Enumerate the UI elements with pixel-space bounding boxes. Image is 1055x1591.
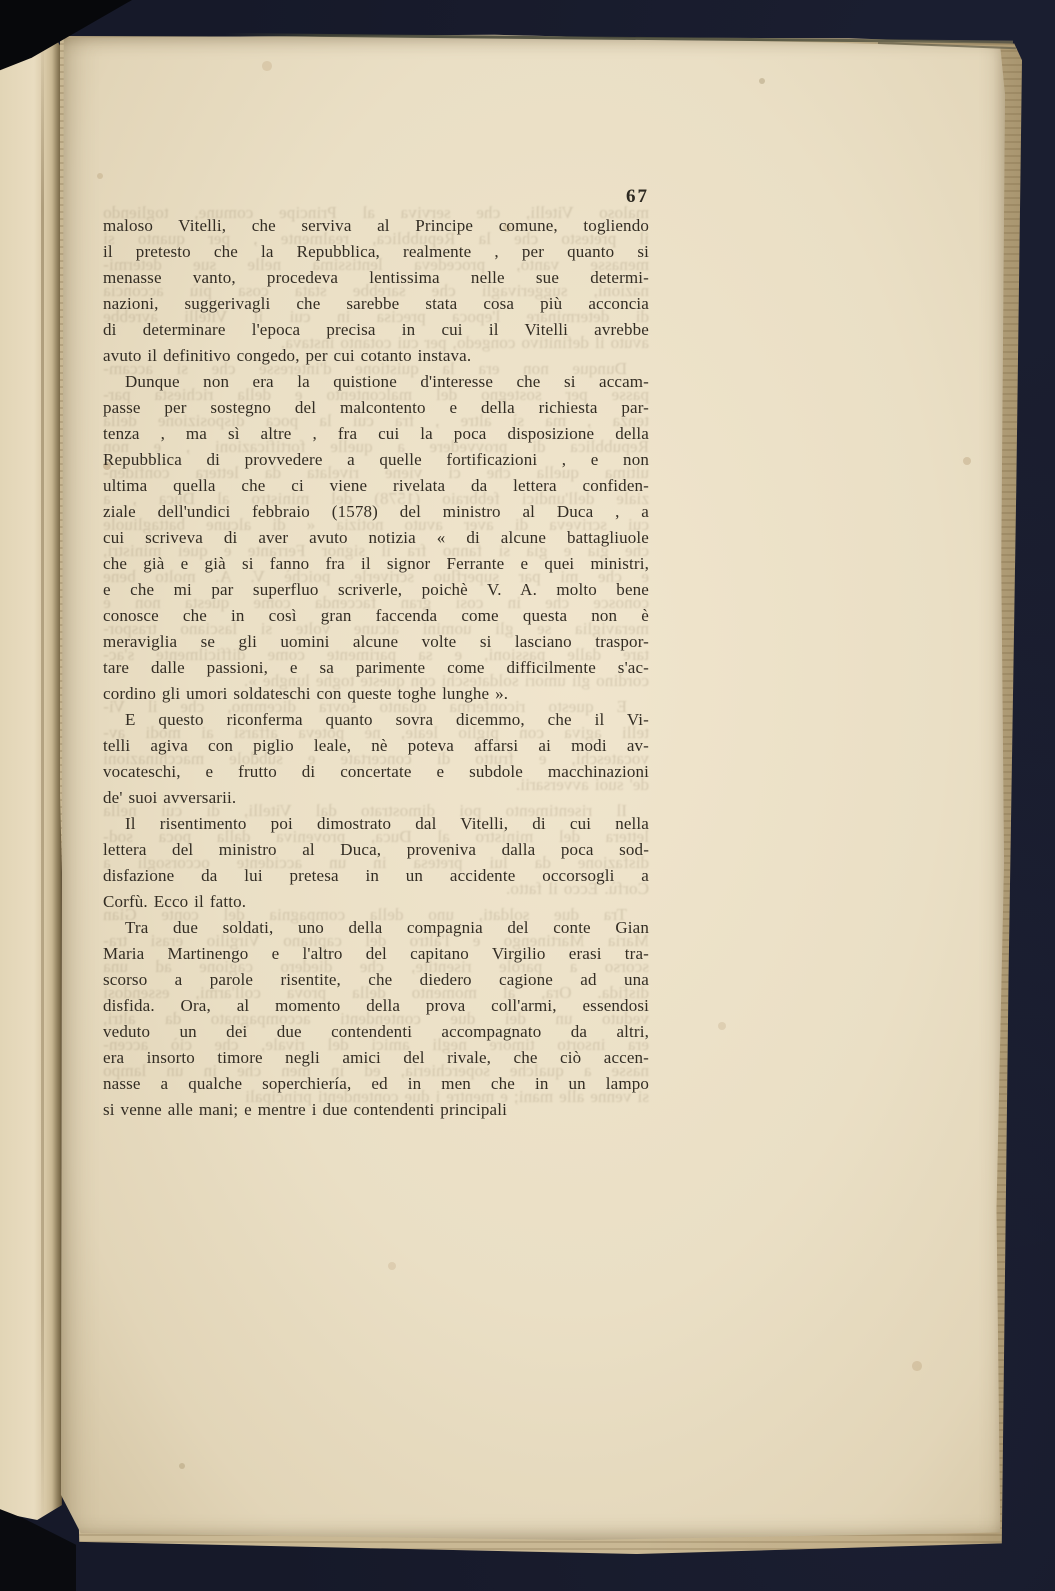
text-line: menasse vanto, procedeva lentissima nell…: [103, 265, 649, 291]
text-line: ultima quella che ci viene rivelata da l…: [103, 473, 649, 499]
text-line: che già e già si fanno fra il signor Fer…: [103, 551, 649, 577]
text-line: conosce che in così gran faccenda come q…: [103, 603, 649, 629]
text-line: disfida. Ora, al momento della prova col…: [103, 993, 649, 1019]
text-line: nasse a qualche soperchiería, ed in men …: [103, 1071, 649, 1097]
text-line: Dunque non era la quistione d'interesse …: [103, 369, 649, 395]
text-line: Maria Martinengo e l'altro del capitano …: [103, 941, 649, 967]
text-line: veduto un dei due contendenti accompagna…: [103, 1019, 649, 1045]
text-line: di determinare l'epoca precisa in cui il…: [103, 317, 649, 343]
text-line: ziale dell'undici febbraio (1578) del mi…: [103, 499, 649, 525]
text-line: cui scriveva di aver avuto notizia « di …: [103, 525, 649, 551]
text-line: Il risentimento poi dimostrato dal Vitel…: [103, 811, 649, 837]
text-line: scorso a parole risentite, che diedero c…: [103, 967, 649, 993]
text-line: si venne alle mani; e mentre i due conte…: [103, 1097, 649, 1123]
text-line: vocateschi, e frutto di concertate e sub…: [103, 759, 649, 785]
text-line: Repubblica di provvedere a quelle fortif…: [103, 447, 649, 473]
text-line: il pretesto che la Repubblica, realmente…: [103, 239, 649, 265]
text-line: passe per sostegno del malcontento e del…: [103, 395, 649, 421]
text-line: Corfù. Ecco il fatto.: [103, 889, 649, 915]
text-line: nazioni, suggerivagli che sarebbe stata …: [103, 291, 649, 317]
text-line: avuto il definitivo congedo, per cui cot…: [103, 343, 649, 369]
gutter-crease: [41, 28, 44, 1526]
text-line: tenza , ma sì altre , fra cui la poca di…: [103, 421, 649, 447]
text-line: tare dalle passioni, e sa parimente come…: [103, 655, 649, 681]
text-block: maloso Vitelli, che serviva al Principe …: [103, 213, 649, 1123]
text-line: cordino gli umori soldateschi con queste…: [103, 681, 649, 707]
text-line: de' suoi avversarii.: [103, 785, 649, 811]
text-line: telli agiva con piglio leale, nè poteva …: [103, 733, 649, 759]
text-line: lettera del ministro al Duca, proveniva …: [103, 837, 649, 863]
text-line: meraviglia se gli uomini alcune volte si…: [103, 629, 649, 655]
text-line: era insorto timore negli amici del rival…: [103, 1045, 649, 1071]
text-line: maloso Vitelli, che serviva al Principe …: [103, 213, 649, 239]
text-line: e che mi par superfluo scriverle, poichè…: [103, 577, 649, 603]
book-scan: maloso Vitelli, che serviva al Principe …: [0, 0, 1055, 1591]
left-page-fore-edge: [0, 28, 62, 1526]
text-line: Tra due soldati, uno della compagnia del…: [103, 915, 649, 941]
text-line: disfazione da lui pretesa in un accident…: [103, 863, 649, 889]
text-line: E questo riconferma quanto sovra dicemmo…: [103, 707, 649, 733]
